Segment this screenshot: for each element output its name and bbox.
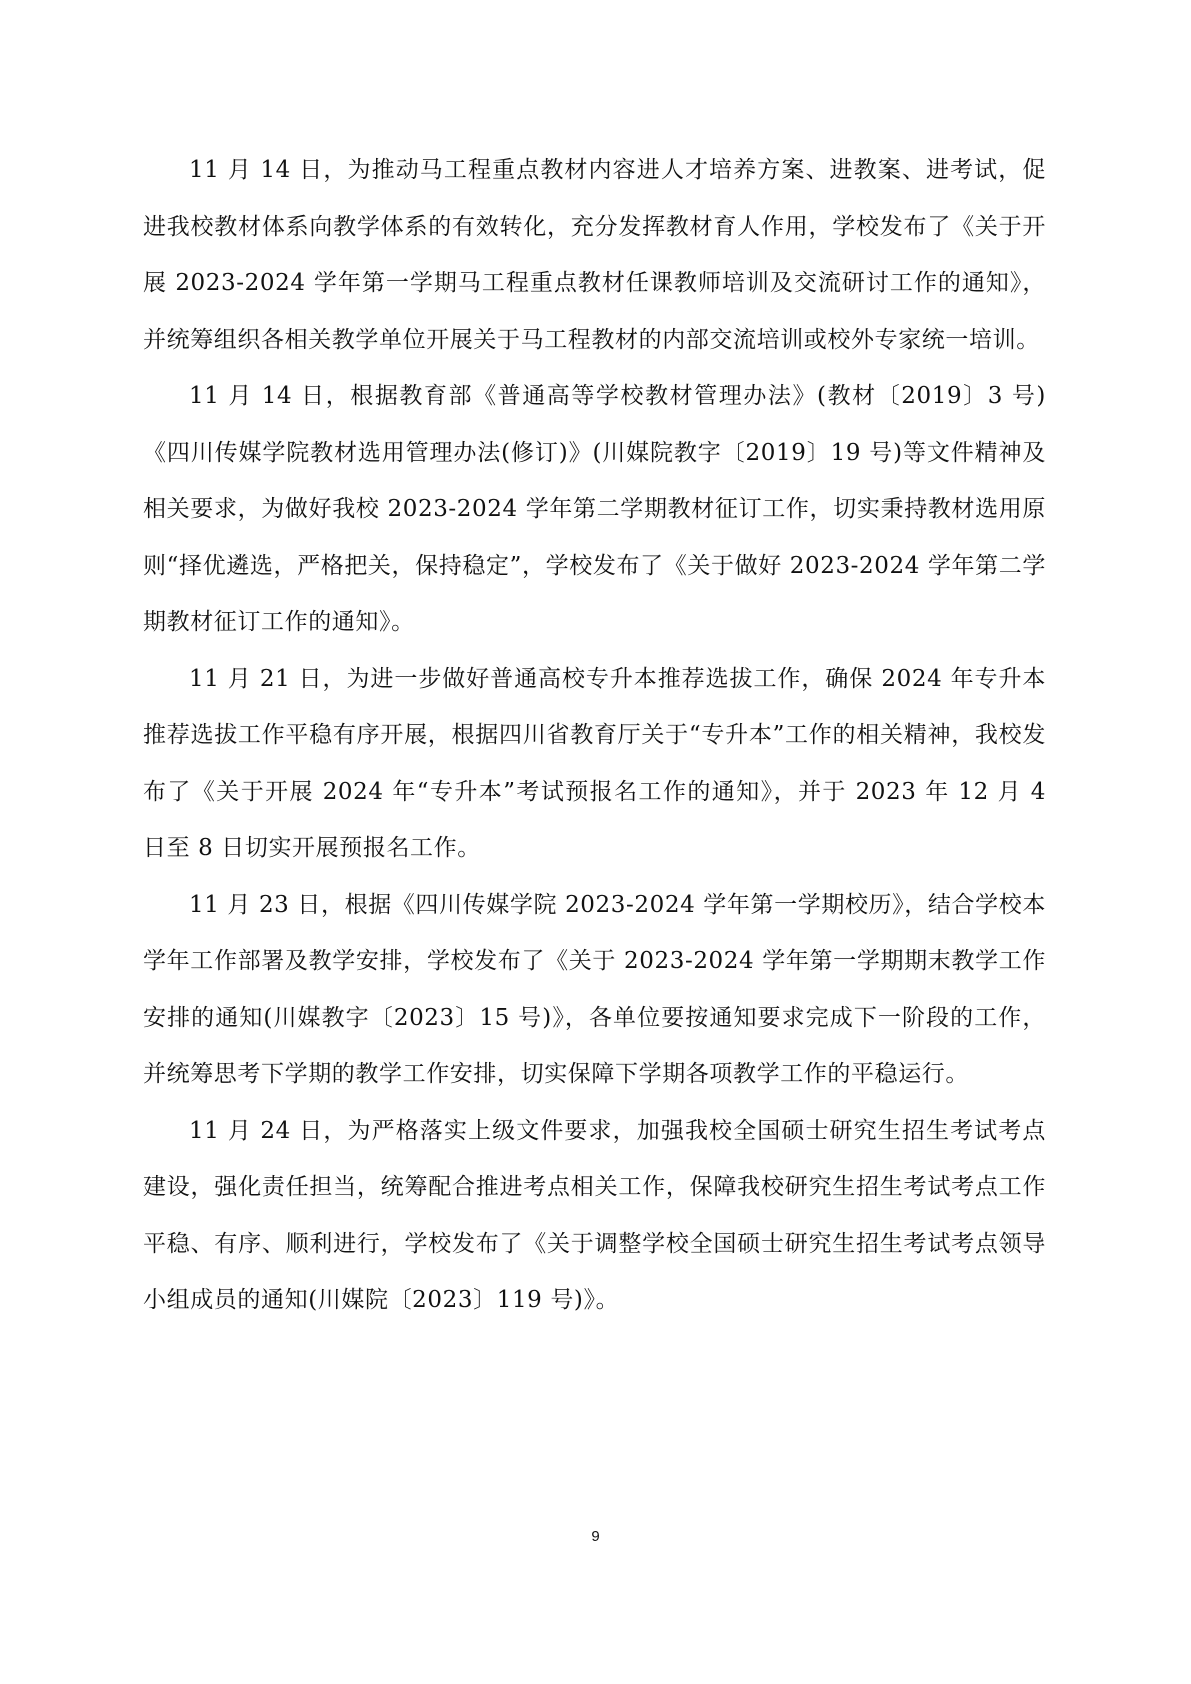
paragraph-nov14-textbook-ordering: 11 月 14 日，根据教育部《普通高等学校教材管理办法》(教材〔2019〕3 … bbox=[143, 368, 1046, 651]
paragraph-nov21-upgrade-registration: 11 月 21 日，为进一步做好普通高校专升本推荐选拔工作，确保 2024 年专… bbox=[143, 651, 1046, 877]
page-number: 9 bbox=[0, 1528, 1191, 1545]
paragraph-nov14-textbook-training: 11 月 14 日，为推动马工程重点教材内容进人才培养方案、进教案、进考试，促进… bbox=[143, 142, 1046, 368]
paragraph-nov24-exam-site: 11 月 24 日，为严格落实上级文件要求，加强我校全国硕士研究生招生考试考点建… bbox=[143, 1103, 1046, 1329]
paragraph-nov23-final-teaching: 11 月 23 日，根据《四川传媒学院 2023-2024 学年第一学期校历》，… bbox=[143, 877, 1046, 1103]
document-page: 11 月 14 日，为推动马工程重点教材内容进人才培养方案、进教案、进考试，促进… bbox=[143, 142, 1046, 1329]
